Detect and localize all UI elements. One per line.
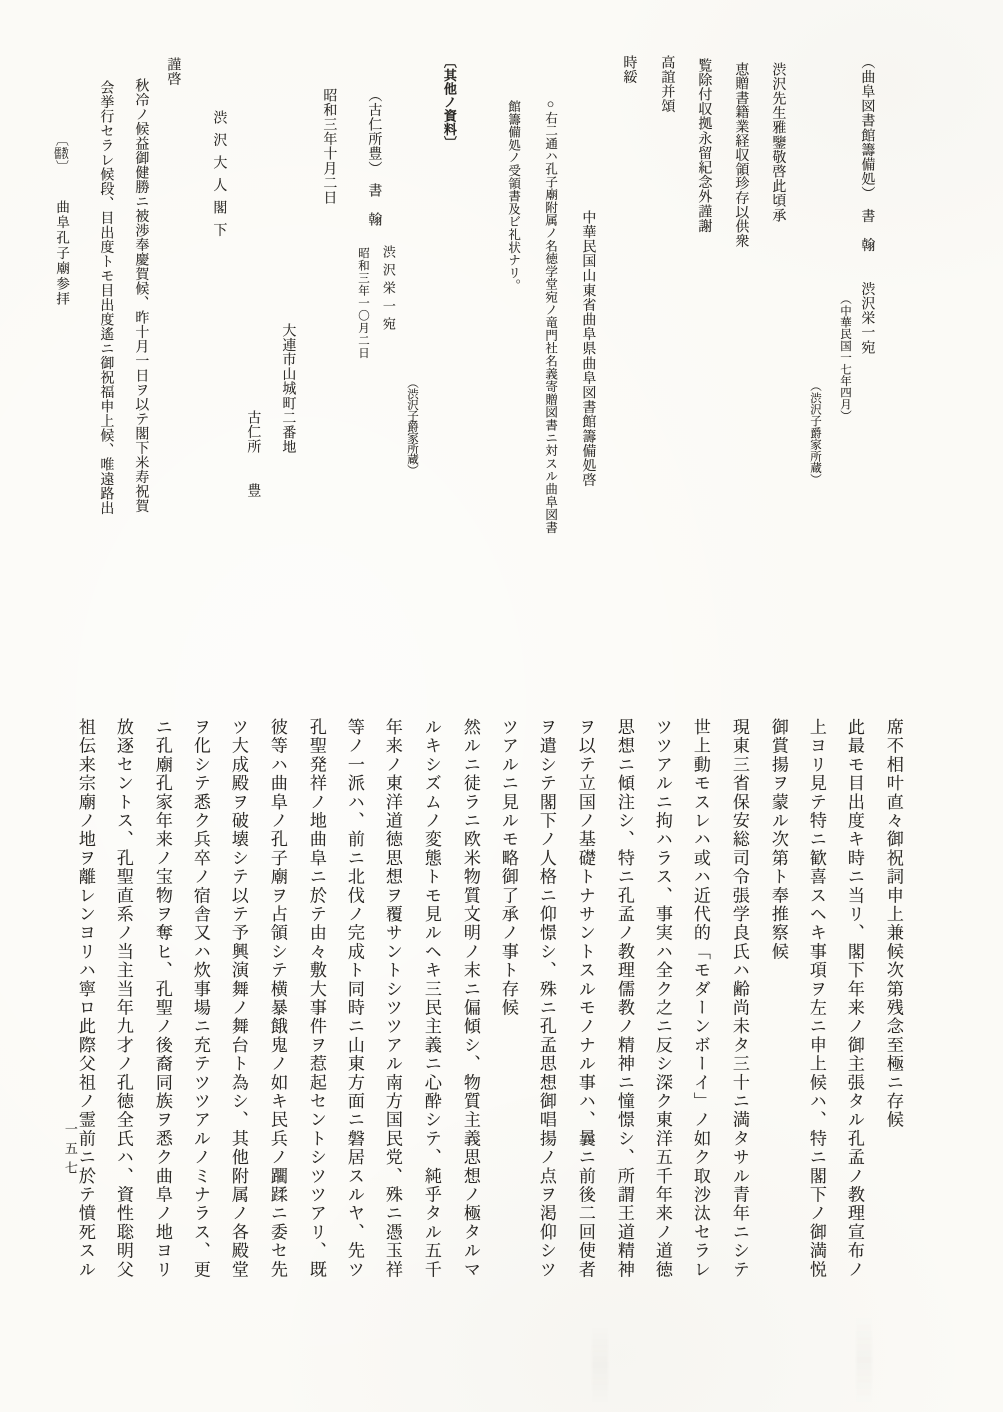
letter2-date-line: 昭和三年十月二日 — [321, 88, 336, 205]
letter2-salutation: 謹啓 — [165, 57, 180, 86]
running-label-category: 〔儒教〕 — [54, 133, 68, 174]
letter2-body-line-4: 此最モ目出度キ時ニ当リ、閣下年来ノ御主張タル孔孟ノ教理宣布ノ — [845, 718, 863, 1279]
letter2-body-line-1: 秋冷ノ候益御健勝ニ被渉奉慶賀候、昨十月一日ヲ以テ閣下米寿祝賀 — [133, 78, 148, 513]
letter1-title: （曲阜図書館籌備処） 書 翰 渋沢栄一宛 — [859, 55, 874, 355]
running-label-title: 曲阜孔子廟参拝 — [54, 200, 68, 307]
scan-artifact — [856, 1315, 872, 1405]
letter1-note-line-2: 館籌備処ノ受領書及ビ礼状ナリ。 — [506, 100, 519, 292]
letter2-body-line-24: 祖伝来宗廟ノ地ヲ離レンヨリハ寧ロ此際父祖ノ霊前ニ於テ憤死スル — [76, 718, 94, 1279]
letter2-body-line-17: 等ノ一派ハ、前ニ北伐ノ完成ト同時ニ山東方面ニ磐居スルヤ、先ツ — [345, 718, 363, 1279]
letter2-sender-address: 大連市山城町二番地 — [280, 323, 295, 454]
letter2-body-line-6: 御賞揚ヲ蒙ル次第ト奉推察候 — [769, 718, 787, 961]
letter2-body-line-14: 然ルニ徒ラニ欧米物質文明ノ末ニ偏傾シ、物質主義思想ノ極タルマ — [461, 718, 479, 1279]
letter2-body-line-13: ツアルニ見ルモ略御了承ノ事ト存候 — [499, 718, 517, 1017]
letter1-provenance: （渋沢子爵家所蔵） — [809, 380, 821, 485]
letter2-addressee: 渋沢栄一宛 — [381, 245, 395, 335]
letter2-body-line-16: 年来ノ東洋道徳思想ヲ覆サントシツツアル南方国民党、殊ニ憑玉祥 — [383, 718, 401, 1279]
letter2-body-line-12: ヲ遣シテ閣下ノ人格ニ仰憬シ、殊ニ孔孟思想御唱揚ノ点ヲ渇仰シツ — [537, 718, 555, 1279]
letter2-title: （古仁所豊） 書 翰 — [366, 88, 381, 227]
letter2-body-line-19: 彼等ハ曲阜ノ孔子廟ヲ占領シテ横暴餓鬼ノ如キ民兵ノ躙蹂ニ委セ先 — [268, 718, 286, 1279]
letter2-sender-name: 古仁所 豊 — [245, 410, 260, 498]
letter1-line-5: 時綏 — [621, 55, 636, 84]
letter1-line-2: 恵贈書籍業経収領珍存以供衆 — [733, 62, 748, 248]
section-heading-other-materials: 〔其他ノ資料〕 — [442, 55, 456, 150]
combined-characters: 儒教 — [54, 147, 69, 160]
letter2-body-line-10: 思想ニ傾注シ、特ニ孔孟ノ教理儒教ノ精神ニ憧憬シ、所謂王道精神 — [615, 718, 633, 1279]
letter2-body-line-23: 放逐セントス、孔聖直系ノ当主当年九才ノ孔徳全氏ハ、資性聡明父 — [114, 718, 132, 1279]
letter2-body-line-9: ツツアルニ拘ハラス、事実ハ全ク之ニ反シ深ク東洋五千年来ノ道徳 — [653, 718, 671, 1279]
letter2-body-line-5: 上ヨリ見テ特ニ歓喜スヘキ事項ヲ左ニ申上候ハ、特ニ閣下ノ御満悦 — [807, 718, 825, 1279]
letter1-line-3: 覧除付収拠永留紀念外謹謝 — [696, 58, 711, 233]
letter2-body-line-7: 現東三省保安総司令張学良氏ハ齢尚未タ三十ニ満タサル青年ニシテ — [730, 718, 748, 1279]
letter2-date-annotation: 昭和三年一〇月二日 — [357, 247, 369, 360]
scan-artifact — [592, 1325, 608, 1405]
scanned-page: （曲阜図書館籌備処） 書 翰 渋沢栄一宛（中華民国一七年四月）（渋沢子爵家所蔵）… — [0, 0, 1003, 1412]
letter1-line-1: 渋沢先生雅鑒敬啓此頃承 — [770, 62, 785, 223]
letter2-body-line-2: 会挙行セラレ候段、目出度トモ目出度遙ニ御祝福申上候、唯遠路出 — [98, 80, 113, 515]
letter1-date-annotation: （中華民国一七年四月） — [839, 293, 851, 422]
letter2-body-line-21: ヲ化シテ悉ク兵卒ノ宿舎又ハ炊事場ニ充テツツアルノミナラス、更 — [191, 718, 209, 1279]
letter2-body-line-15: ルキシズムノ変態トモ見ルヘキ三民主義ニ心酔シテ、純乎タル五千 — [422, 718, 440, 1279]
letter1-signature: 中華民国山東省曲阜県曲阜図書館籌備処啓 — [580, 210, 595, 487]
page-number: 一五七 — [63, 1122, 77, 1181]
letter1-note-line-1: ○右二通ハ孔子廟附属ノ名徳学堂宛ノ竜門社名義寄贈図書ニ対スル曲阜図書 — [543, 97, 556, 534]
letter1-line-4: 高誼并頌 — [659, 55, 674, 113]
letter2-body-line-3: 席不相叶直々御祝詞申上兼候次第残念至極ニ存候 — [884, 718, 902, 1129]
letter2-body-line-11: ヲ以テ立国ノ基礎トナサントスルモノナル事ハ、曩ニ前後二回使者 — [576, 718, 594, 1279]
letter2-body-line-22: ニ孔廟孔家年来ノ宝物ヲ奪ヒ、孔聖ノ後裔同族ヲ悉ク曲阜ノ地ヨリ — [153, 718, 171, 1279]
letter2-addressee-line: 渋沢大人閣下 — [211, 110, 226, 245]
letter2-provenance: （渋沢子爵家所蔵） — [406, 377, 418, 475]
letter2-body-line-8: 世上動モスレハ或ハ近代的「モダーンボーイ」ノ如ク取沙汰セラレ — [691, 718, 709, 1279]
letter2-body-line-20: ツ大成殿ヲ破壊シテ以テ予興演舞ノ舞台ト為シ、其他附属ノ各殿堂 — [229, 718, 247, 1279]
letter2-body-line-18: 孔聖発祥ノ地曲阜ニ於テ由々敷大事件ヲ惹起セントシツツアリ、既 — [307, 718, 325, 1279]
